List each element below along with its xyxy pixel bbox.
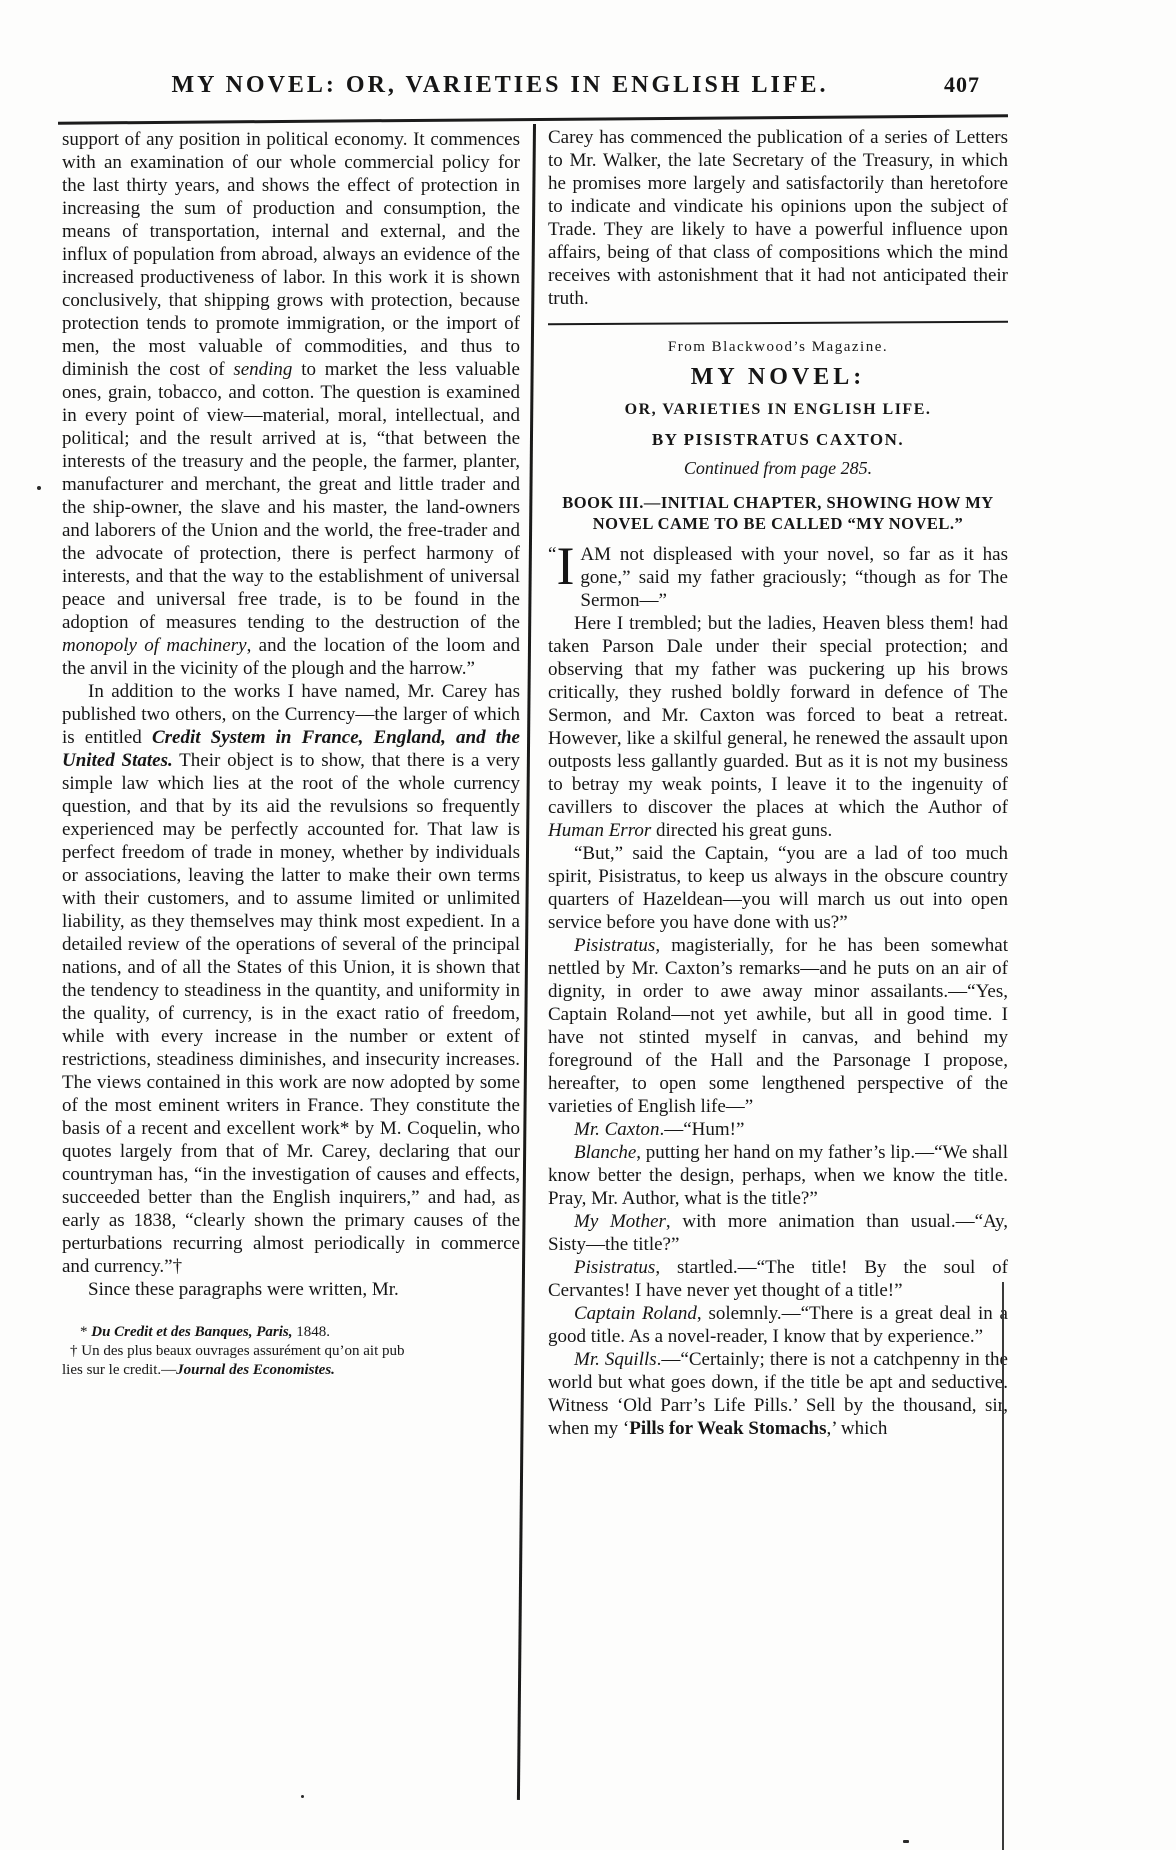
text-run: AM not displeased with your novel, so fa… <box>580 544 1008 611</box>
scan-speck <box>301 1795 304 1798</box>
paragraph: * Du Credit et des Banques, Paris, 1848. <box>62 1323 520 1342</box>
right-column: Carey has commenced the publication of a… <box>548 126 1008 1440</box>
footnotes: * Du Credit et des Banques, Paris, 1848.… <box>62 1323 520 1380</box>
text-run: Mr. Squills <box>574 1349 657 1370</box>
text-run: Mr. Caxton <box>574 1119 660 1140</box>
scan-speck <box>37 486 41 490</box>
text-run: Du Credit et des Banques, Paris, <box>91 1324 292 1340</box>
right-column-body: “IAM not displeased with your novel, so … <box>548 543 1008 1440</box>
text-run: monopoly of machinery <box>62 635 247 656</box>
text-run: Journal des Economistes. <box>176 1362 335 1378</box>
text-run: Here I trembled; but the ladies, Heaven … <box>548 613 1008 818</box>
left-column: support of any position in political eco… <box>62 128 520 1380</box>
page-edge-scan-line <box>1002 1282 1004 1850</box>
running-header-title: MY NOVEL: OR, VARIETIES IN ENGLISH LIFE. <box>60 72 940 99</box>
text-run: Human Error <box>548 820 651 841</box>
chapter-heading: BOOK III.—INITIAL CHAPTER, SHOWING HOW M… <box>548 492 1008 534</box>
section-heading-block: From Blackwood’s Magazine. MY NOVEL: OR,… <box>548 336 1008 480</box>
continued-from-note: Continued from page 285. <box>548 457 1008 480</box>
text-run: My Mother <box>574 1211 666 1232</box>
text-run: Captain Roland <box>574 1303 697 1324</box>
text-run: sending <box>233 359 292 380</box>
paragraph: Pisistratus, startled.—“The title! By th… <box>548 1256 1008 1302</box>
text-run: directed his great guns. <box>651 820 832 841</box>
drop-cap-group: “I <box>548 545 574 590</box>
text-run: Since these paragraphs were written, Mr. <box>88 1279 399 1300</box>
paragraph: “IAM not displeased with your novel, so … <box>548 543 1008 612</box>
novel-subtitle: OR, VARIETIES IN ENGLISH LIFE. <box>548 398 1008 421</box>
paragraph: † Un des plus beaux ouvrages assurément … <box>62 1342 520 1380</box>
novel-title: MY NOVEL: <box>548 366 1008 389</box>
paragraph: In addition to the works I have named, M… <box>62 680 520 1278</box>
scanned-page: MY NOVEL: OR, VARIETIES IN ENGLISH LIFE.… <box>0 0 1176 1850</box>
right-column-intro: Carey has commenced the publication of a… <box>548 126 1008 310</box>
text-run: support of any position in political eco… <box>62 129 520 380</box>
text-run: “But,” said the Captain, “you are a lad … <box>548 843 1008 933</box>
text-run: ,’ which <box>827 1418 888 1439</box>
paragraph: support of any position in political eco… <box>62 128 520 680</box>
text-run: Blanche <box>574 1142 636 1163</box>
drop-cap-letter: I <box>556 536 574 596</box>
paragraph: My Mother, with more animation than usua… <box>548 1210 1008 1256</box>
paragraph: “But,” said the Captain, “you are a lad … <box>548 842 1008 934</box>
page-number: 407 <box>944 72 980 98</box>
paragraph: Mr. Caxton.—“Hum!” <box>548 1118 1008 1141</box>
text-run: Their object is to show, that there is a… <box>62 750 520 1277</box>
text-run: , magisterially, for he has been somewha… <box>548 935 1008 1117</box>
text-run: 1848. <box>293 1324 331 1340</box>
paragraph: Blanche, putting her hand on my father’s… <box>548 1141 1008 1210</box>
text-run: Pills for Weak Stomachs <box>629 1418 826 1439</box>
paragraph: Captain Roland, solemnly.—“There is a gr… <box>548 1302 1008 1348</box>
scan-speck <box>903 1840 909 1843</box>
text-run: Carey has commenced the publication of a… <box>548 127 1008 309</box>
novel-byline: BY PISISTRATUS CAXTON. <box>548 428 1008 451</box>
text-run: to market the less valuable ones, grain,… <box>62 359 520 633</box>
section-separator-rule <box>548 321 1008 325</box>
text-run: .—“Hum!” <box>660 1119 745 1140</box>
source-attribution: From Blackwood’s Magazine. <box>548 336 1008 359</box>
paragraph: Here I trembled; but the ladies, Heaven … <box>548 612 1008 842</box>
text-run: Pisistratus <box>574 1257 655 1278</box>
paragraph: Carey has commenced the publication of a… <box>548 126 1008 310</box>
paragraph: Pisistratus, magisterially, for he has b… <box>548 934 1008 1118</box>
left-column-text: support of any position in political eco… <box>62 128 520 1301</box>
text-run: * <box>80 1324 91 1340</box>
paragraph: Since these paragraphs were written, Mr. <box>62 1278 520 1301</box>
text-run: Pisistratus <box>574 935 655 956</box>
paragraph: Mr. Squills.—“Certainly; there is not a … <box>548 1348 1008 1440</box>
